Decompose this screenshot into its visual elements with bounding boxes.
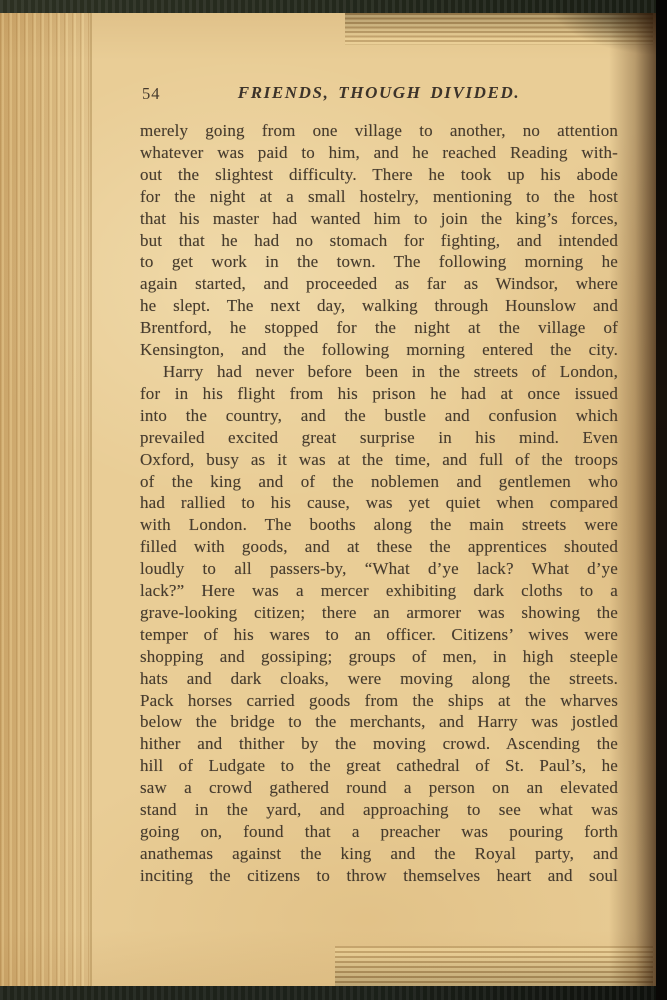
text-line: saw a crowd gathered round a person on a… — [140, 777, 618, 799]
text-line: into the country, and the bustle and con… — [140, 405, 618, 427]
photo-right-edge — [656, 0, 667, 1000]
text-line: lack?” Here was a mercer exhibiting dark… — [140, 580, 618, 602]
text-line: but that he had no stomach for fighting,… — [140, 230, 618, 252]
text-line: below the bridge to the merchants, and H… — [140, 711, 618, 733]
text-line: for the night at a small hostelry, menti… — [140, 186, 618, 208]
text-line: whatever was paid to him, and he reached… — [140, 142, 618, 164]
text-line: that his master had wanted him to join t… — [140, 208, 618, 230]
text-line: stand in the yard, and approaching to se… — [140, 799, 618, 821]
text-line: filled with goods, and at these the appr… — [140, 536, 618, 558]
book-cover-edge-bottom — [0, 986, 667, 1000]
text-line: out the slightest difficulty. There he t… — [140, 164, 618, 186]
text-line: shopping and gossiping; groups of men, i… — [140, 646, 618, 668]
text-line: to get work in the town. The following m… — [140, 251, 618, 273]
text-line: again started, and proceeded as far as W… — [140, 273, 618, 295]
paragraph: merely going from one village to another… — [140, 120, 618, 361]
text-line: had rallied to his cause, was yet quiet … — [140, 492, 618, 514]
text-line: temper of his wares to an officer. Citiz… — [140, 624, 618, 646]
text-line: of the king and of the noblemen and gent… — [140, 471, 618, 493]
text-line: grave-looking citizen; there an armorer … — [140, 602, 618, 624]
running-head: 54 FRIENDS, THOUGH DIVIDED. — [140, 83, 618, 103]
page-stack-bottom-edge — [335, 946, 653, 988]
text-line: for in his flight from his prison he had… — [140, 383, 618, 405]
text-line: prevailed excited great surprise in his … — [140, 427, 618, 449]
text-line: Brentford, he stopped for the night at t… — [140, 317, 618, 339]
text-line: merely going from one village to another… — [140, 120, 618, 142]
text-line: hats and dark cloaks, were moving along … — [140, 668, 618, 690]
text-line: Pack horses carried goods from the ships… — [140, 690, 618, 712]
text-line: Kensington, and the following morning en… — [140, 339, 618, 361]
page-stack-left-edge — [0, 10, 92, 990]
book-page-photo: 54 FRIENDS, THOUGH DIVIDED. merely going… — [0, 0, 667, 1000]
text-line: Oxford, busy as it was at the time, and … — [140, 449, 618, 471]
text-line: Harry had never before been in the stree… — [140, 361, 618, 383]
paragraph: Harry had never before been in the stree… — [140, 361, 618, 887]
text-line: inciting the citizens to throw themselve… — [140, 865, 618, 887]
page-text: merely going from one village to another… — [140, 120, 618, 887]
text-line: with London. The booths along the main s… — [140, 514, 618, 536]
text-line: anathemas against the king and the Royal… — [140, 843, 618, 865]
text-line: hill of Ludgate to the great cathedral o… — [140, 755, 618, 777]
text-line: going on, found that a preacher was pour… — [140, 821, 618, 843]
text-line: loudly to all passers-by, “What d’ye lac… — [140, 558, 618, 580]
text-line: hither and thither by the moving crowd. … — [140, 733, 618, 755]
book-cover-edge-top — [0, 0, 667, 13]
page-number: 54 — [142, 84, 161, 104]
running-title: FRIENDS, THOUGH DIVIDED. — [140, 83, 618, 103]
text-line: he slept. The next day, walking through … — [140, 295, 618, 317]
